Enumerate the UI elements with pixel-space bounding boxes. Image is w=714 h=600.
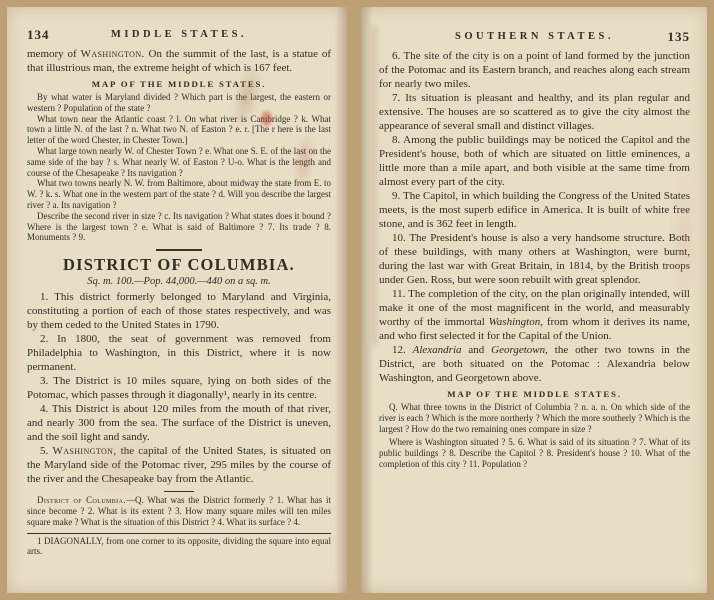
question-paragraph: What town near the Atlantic coast ? l. O… (27, 114, 331, 146)
paragraph: 10. The President's house is also a very… (379, 231, 690, 287)
intro-paragraph-block: memory of Washington. On the summit of t… (27, 47, 331, 75)
running-head-left: MIDDLE STATES. (27, 27, 331, 40)
section-body: 1. This district formerly belonged to Ma… (27, 290, 331, 486)
review-label: District of Columbia. (37, 495, 126, 505)
para12-italic-alexandria: Alexandria (413, 344, 462, 356)
map-heading-right: MAP OF THE MIDDLE STATES. (379, 389, 690, 399)
paragraph: 4. This District is about 120 miles from… (27, 402, 331, 444)
footnote: 1 DIAGONALLY, from one corner to its opp… (27, 536, 331, 558)
paragraph-12: 12. Alexandria and Georgetown, the other… (379, 343, 690, 385)
para12-italic-georgetown: Georgetown (491, 344, 545, 356)
page-number-right: 135 (668, 29, 691, 45)
question-paragraph: By what water is Maryland divided ? Whic… (27, 92, 331, 114)
paragraph-11: 11. The completion of the city, on the p… (379, 287, 690, 343)
paragraph-intro: memory of Washington. On the summit of t… (27, 47, 331, 75)
paragraph: 3. The District is 10 miles square, lyin… (27, 374, 331, 402)
question-block-right: Q. What three towns in the District of C… (379, 402, 690, 470)
para5-pre: 5. (40, 445, 52, 457)
page-left-content: 134 MIDDLE STATES. memory of Washington.… (27, 27, 331, 557)
footnote-block: 1 DIAGONALLY, from one corner to its opp… (27, 536, 331, 558)
review-paragraph: District of Columbia.—Q. What was the Di… (27, 495, 331, 527)
intro-pre: memory of (27, 48, 81, 60)
para12-pre: 12. (392, 344, 413, 356)
paragraph: 7. Its situation is pleasant and healthy… (379, 91, 690, 133)
footnote-rule (27, 533, 331, 534)
question-paragraph: Describe the second river in size ? c. I… (27, 211, 331, 243)
page-left: 134 MIDDLE STATES. memory of Washington.… (7, 7, 347, 593)
question-paragraph: What large town nearly W. of Chester Tow… (27, 146, 331, 178)
question-paragraph: Where is Washington situated ? 5. 6. Wha… (379, 437, 690, 469)
intro-smallcaps: Washington. (81, 48, 145, 60)
review-questions-left: District of Columbia.—Q. What was the Di… (27, 495, 331, 527)
page-right-header: SOUTHERN STATES. 135 (379, 29, 690, 47)
paragraph: 8. Among the public buildings may be not… (379, 133, 690, 189)
section-title: DISTRICT OF COLUMBIA. (27, 255, 331, 275)
question-paragraph: Q. What three towns in the District of C… (379, 402, 690, 434)
paragraph: 6. The site of the city is on a point of… (379, 49, 690, 91)
page-left-header: 134 MIDDLE STATES. (27, 27, 331, 45)
para11-italic: Washington (489, 316, 541, 328)
book-spread: 134 MIDDLE STATES. memory of Washington.… (0, 0, 714, 600)
section-divider (156, 249, 202, 251)
body-right: 6. The site of the city is on a point of… (379, 49, 690, 385)
review-divider (164, 491, 194, 492)
para12-mid: and (462, 344, 492, 356)
page-right: SOUTHERN STATES. 135 6. The site of the … (361, 7, 707, 593)
section-stats: Sq. m. 100.—Pop. 44,000.—440 on a sq. m. (27, 276, 331, 287)
para5-smallcaps: Washington, (52, 445, 116, 457)
paragraph: 9. The Capitol, in which building the Co… (379, 189, 690, 231)
map-heading-left: MAP OF THE MIDDLE STATES. (27, 79, 331, 89)
page-number-left: 134 (27, 27, 50, 43)
paragraph-5: 5. Washington, the capital of the United… (27, 444, 331, 486)
question-block-left: By what water is Maryland divided ? Whic… (27, 92, 331, 243)
question-paragraph: What two towns nearly N. W. from Baltimo… (27, 178, 331, 210)
paragraph: 1. This district formerly belonged to Ma… (27, 290, 331, 332)
page-right-content: SOUTHERN STATES. 135 6. The site of the … (379, 29, 690, 470)
running-head-right: SOUTHERN STATES. (379, 29, 690, 42)
paragraph: 2. In 1800, the seat of government was r… (27, 332, 331, 374)
